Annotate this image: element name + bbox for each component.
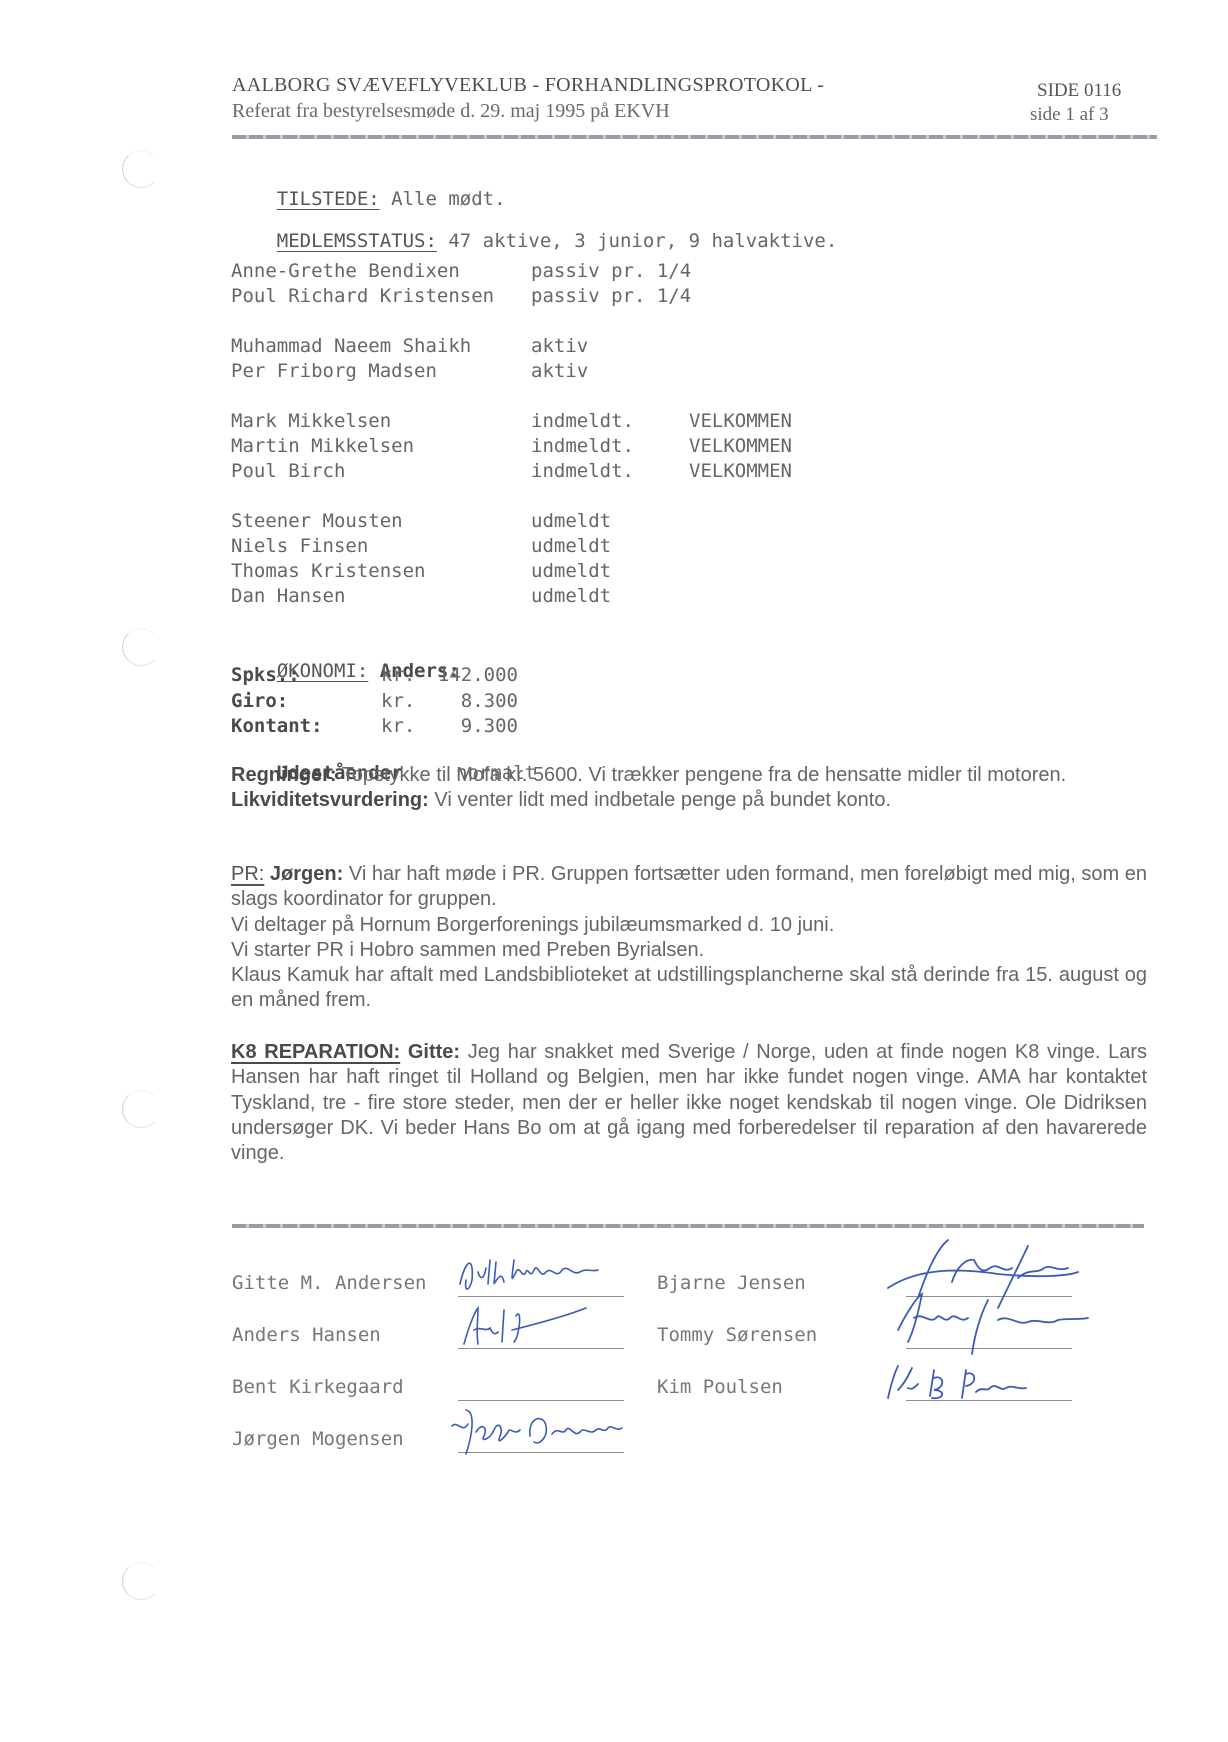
finance-amount: 9.300 bbox=[426, 715, 518, 737]
likviditet-label: Likviditetsvurdering: bbox=[231, 789, 429, 811]
finance-currency: kr. bbox=[381, 715, 415, 737]
signatory-name: Gitte M. Andersen bbox=[232, 1272, 426, 1294]
finance-row: Spks.:kr.142.000 bbox=[231, 664, 300, 686]
finance-row: Kontant:kr.9.300 bbox=[231, 715, 323, 737]
signatory-name: Tommy Sørensen bbox=[657, 1324, 817, 1346]
document-subtitle: Referat fra bestyrelsesmøde d. 29. maj 1… bbox=[232, 100, 670, 123]
member-status: passiv pr. 1/4 bbox=[531, 285, 691, 307]
member-status: indmeldt. bbox=[531, 460, 634, 482]
finance-amount: 8.300 bbox=[426, 690, 518, 712]
member-row: Mark Mikkelsenindmeldt.VELKOMMEN bbox=[231, 410, 391, 432]
signatory-name: Bent Kirkegaard bbox=[232, 1376, 404, 1398]
member-name: Poul Richard Kristensen bbox=[231, 285, 494, 307]
punch-hole bbox=[122, 1562, 160, 1600]
handwritten-signature bbox=[878, 1290, 1098, 1370]
member-name: Poul Birch bbox=[231, 460, 345, 482]
member-row: Steener Moustenudmeldt bbox=[231, 510, 403, 532]
k8-by: Gitte: bbox=[400, 1041, 460, 1063]
member-status: udmeldt bbox=[531, 535, 611, 557]
member-name: Anne-Grethe Bendixen bbox=[231, 260, 460, 282]
page-count: side 1 af 3 bbox=[1030, 104, 1109, 126]
tilstede-text: Alle mødt. bbox=[380, 188, 506, 210]
member-status: udmeldt bbox=[531, 510, 611, 532]
member-row: Muhammad Naeem Shaikhaktiv bbox=[231, 335, 471, 357]
member-name: Per Friborg Madsen bbox=[231, 360, 437, 382]
signatory-name: Kim Poulsen bbox=[657, 1376, 783, 1398]
finance-amount: 142.000 bbox=[426, 664, 518, 686]
member-row: Dan Hansenudmeldt bbox=[231, 585, 345, 607]
pr-by: Jørgen: bbox=[264, 863, 343, 885]
finance-label: Spks.: bbox=[231, 664, 300, 686]
member-status: udmeldt bbox=[531, 585, 611, 607]
member-status: udmeldt bbox=[531, 560, 611, 582]
likviditet-text: Vi venter lidt med indbetale penge på bu… bbox=[429, 789, 891, 811]
handwritten-signature bbox=[878, 1360, 1098, 1440]
member-status: indmeldt. bbox=[531, 435, 634, 457]
member-row: Per Friborg Madsenaktiv bbox=[231, 360, 437, 382]
member-row: Anne-Grethe Bendixenpassiv pr. 1/4 bbox=[231, 260, 460, 282]
regninger-text: Topstykke til Mofa kr. 5600. Vi trækker … bbox=[337, 764, 1067, 786]
signatory-name: Jørgen Mogensen bbox=[232, 1428, 404, 1450]
pr-line: Vi har haft møde i PR. Gruppen fortsætte… bbox=[231, 863, 1147, 910]
signature-rule bbox=[232, 1224, 1144, 1228]
member-name: Niels Finsen bbox=[231, 535, 368, 557]
k8-paragraph: K8 REPARATION: Gitte: Jeg har snakket me… bbox=[231, 1040, 1147, 1166]
pr-paragraph: PR: Jørgen: Vi har haft møde i PR. Grupp… bbox=[231, 862, 1147, 1014]
signatory-name: Anders Hansen bbox=[232, 1324, 381, 1346]
handwritten-signature bbox=[456, 1302, 626, 1366]
pr-line: Vi deltager på Hornum Borgerforenings ju… bbox=[231, 913, 1147, 938]
punch-hole bbox=[122, 628, 160, 666]
regninger-paragraph: Regninger: Topstykke til Mofa kr. 5600. … bbox=[231, 763, 1147, 814]
protocol-page: AALBORG SVÆVEFLYVEKLUB - FORHANDLINGSPRO… bbox=[0, 0, 1228, 1742]
member-name: Steener Mousten bbox=[231, 510, 403, 532]
member-row: Martin Mikkelsenindmeldt.VELKOMMEN bbox=[231, 435, 414, 457]
member-note: VELKOMMEN bbox=[689, 460, 792, 482]
member-row: Thomas Kristensenudmeldt bbox=[231, 560, 425, 582]
member-name: Martin Mikkelsen bbox=[231, 435, 414, 457]
member-name: Mark Mikkelsen bbox=[231, 410, 391, 432]
finance-label: Kontant: bbox=[231, 715, 323, 737]
member-status: indmeldt. bbox=[531, 410, 634, 432]
header-rule bbox=[232, 135, 1157, 139]
member-status: aktiv bbox=[531, 360, 588, 382]
pr-line: Vi starter PR i Hobro sammen med Preben … bbox=[231, 938, 1147, 963]
finance-label: Giro: bbox=[231, 690, 288, 712]
k8-label: K8 REPARATION: bbox=[231, 1041, 400, 1063]
signature-line bbox=[458, 1400, 624, 1401]
page-number: SIDE 0116 bbox=[1037, 80, 1121, 102]
regninger-label: Regninger: bbox=[231, 764, 337, 786]
member-name: Thomas Kristensen bbox=[231, 560, 425, 582]
member-name: Dan Hansen bbox=[231, 585, 345, 607]
member-status: passiv pr. 1/4 bbox=[531, 260, 691, 282]
member-row: Niels Finsenudmeldt bbox=[231, 535, 368, 557]
finance-currency: kr. bbox=[381, 664, 415, 686]
medlemsstatus-text: 47 aktive, 3 junior, 9 halvaktive. bbox=[437, 230, 837, 252]
member-status: aktiv bbox=[531, 335, 588, 357]
member-name: Muhammad Naeem Shaikh bbox=[231, 335, 471, 357]
pr-line: Klaus Kamuk har aftalt med Landsbibliote… bbox=[231, 963, 1147, 1014]
signatory-name: Bjarne Jensen bbox=[657, 1272, 806, 1294]
punch-hole bbox=[122, 1090, 160, 1128]
member-note: VELKOMMEN bbox=[689, 410, 792, 432]
handwritten-signature bbox=[448, 1406, 638, 1470]
finance-currency: kr. bbox=[381, 690, 415, 712]
punch-hole bbox=[122, 150, 160, 188]
member-note: VELKOMMEN bbox=[689, 435, 792, 457]
pr-label: PR: bbox=[231, 863, 264, 885]
finance-row: Giro:kr.8.300 bbox=[231, 690, 288, 712]
document-title: AALBORG SVÆVEFLYVEKLUB - FORHANDLINGSPRO… bbox=[232, 74, 824, 97]
tilstede-label: TILSTEDE: bbox=[277, 188, 380, 210]
member-row: Poul Richard Kristensenpassiv pr. 1/4 bbox=[231, 285, 494, 307]
member-row: Poul Birchindmeldt.VELKOMMEN bbox=[231, 460, 345, 482]
medlemsstatus-label: MEDLEMSSTATUS: bbox=[277, 230, 437, 252]
